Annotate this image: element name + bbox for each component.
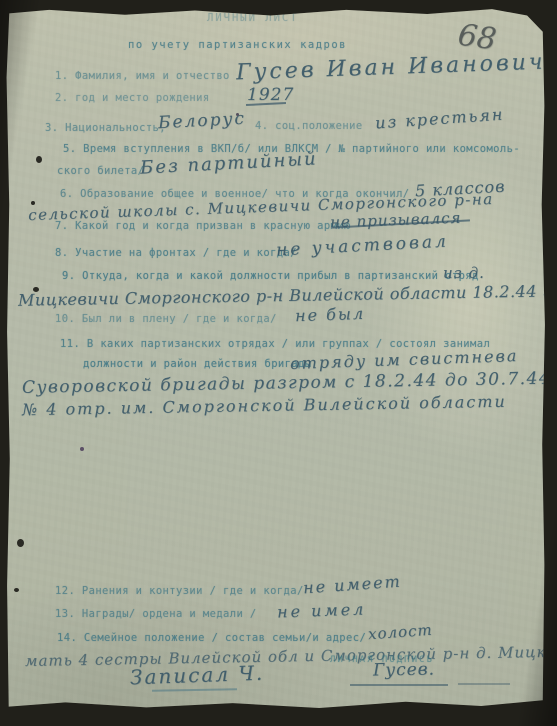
field-4-value: из крестьян (374, 105, 504, 133)
field-14-label: 14. Семейное положение / состав семьи/и … (57, 632, 366, 644)
field-3-label: 3. Национальность, (45, 122, 166, 134)
paper-speck (14, 588, 19, 592)
field-14-value-part2: мать 4 сестры Вилейской обл и Сморгонско… (25, 642, 557, 670)
field-1-value: Гусев Иван Иванович (236, 50, 546, 86)
field-8-label: 8. Участие на фронтах / где и когда/ (55, 247, 297, 259)
underline-recorder (152, 688, 237, 691)
form-title: ЛИЧНЫЙ ЛИСТ (207, 12, 299, 24)
scanned-document: ЛИЧНЫЙ ЛИСТ по учету партизанских кадров… (0, 0, 557, 726)
field-9-value-part2: Мицкевичи Сморгонского р-н Вилейской обл… (18, 281, 557, 309)
document-page: ЛИЧНЫЙ ЛИСТ по учету партизанских кадров… (6, 7, 546, 713)
ink-speck (80, 447, 84, 451)
field-7-label: 7. Какой год и когда призван в красную а… (55, 220, 351, 232)
paper-hole (36, 156, 42, 163)
field-2-label: 2. год и место рождения (55, 92, 210, 104)
paper-hole (31, 201, 35, 205)
field-11-label-line2: должности и район действия бригады (83, 358, 312, 370)
field-10-value: не был (295, 304, 366, 325)
field-8-value: не участвовал (276, 231, 450, 260)
field-13-label: 13. Награды/ ордена и медали / (55, 608, 257, 620)
field-13-value: не имел (277, 599, 367, 621)
underline-signature (350, 684, 448, 686)
field-12-label: 12. Ранения и контузии / где и когда/ (55, 585, 304, 597)
paper-hole (17, 539, 24, 547)
field-12-value: не имеет (302, 572, 402, 598)
paper-hole (33, 287, 39, 292)
recorder-signature: Записал Ч. (130, 661, 265, 690)
field-9-value-part1: из д. (443, 264, 485, 282)
underline-signature-dash (458, 683, 510, 685)
field-4-label: 4. соц.положение (255, 120, 363, 132)
form-subtitle: по учету партизанских кадров (128, 39, 347, 51)
field-14-value-part1: холост (367, 621, 433, 643)
ink-speck (236, 113, 239, 116)
field-10-label: 10. Был ли в плену / где и когда/ (55, 313, 277, 325)
field-5-label-line2: ского билета/ (57, 165, 144, 177)
subject-signature: Гусев. (373, 659, 435, 680)
field-9-label: 9. Откуда, когда и какой должности прибы… (62, 270, 479, 282)
field-3-value: Белорус (158, 109, 247, 134)
field-11-label-line1: 11. В каких партизанских отрядах / или г… (60, 338, 490, 350)
field-1-label: 1. Фамилия, имя и отчество (55, 70, 230, 82)
